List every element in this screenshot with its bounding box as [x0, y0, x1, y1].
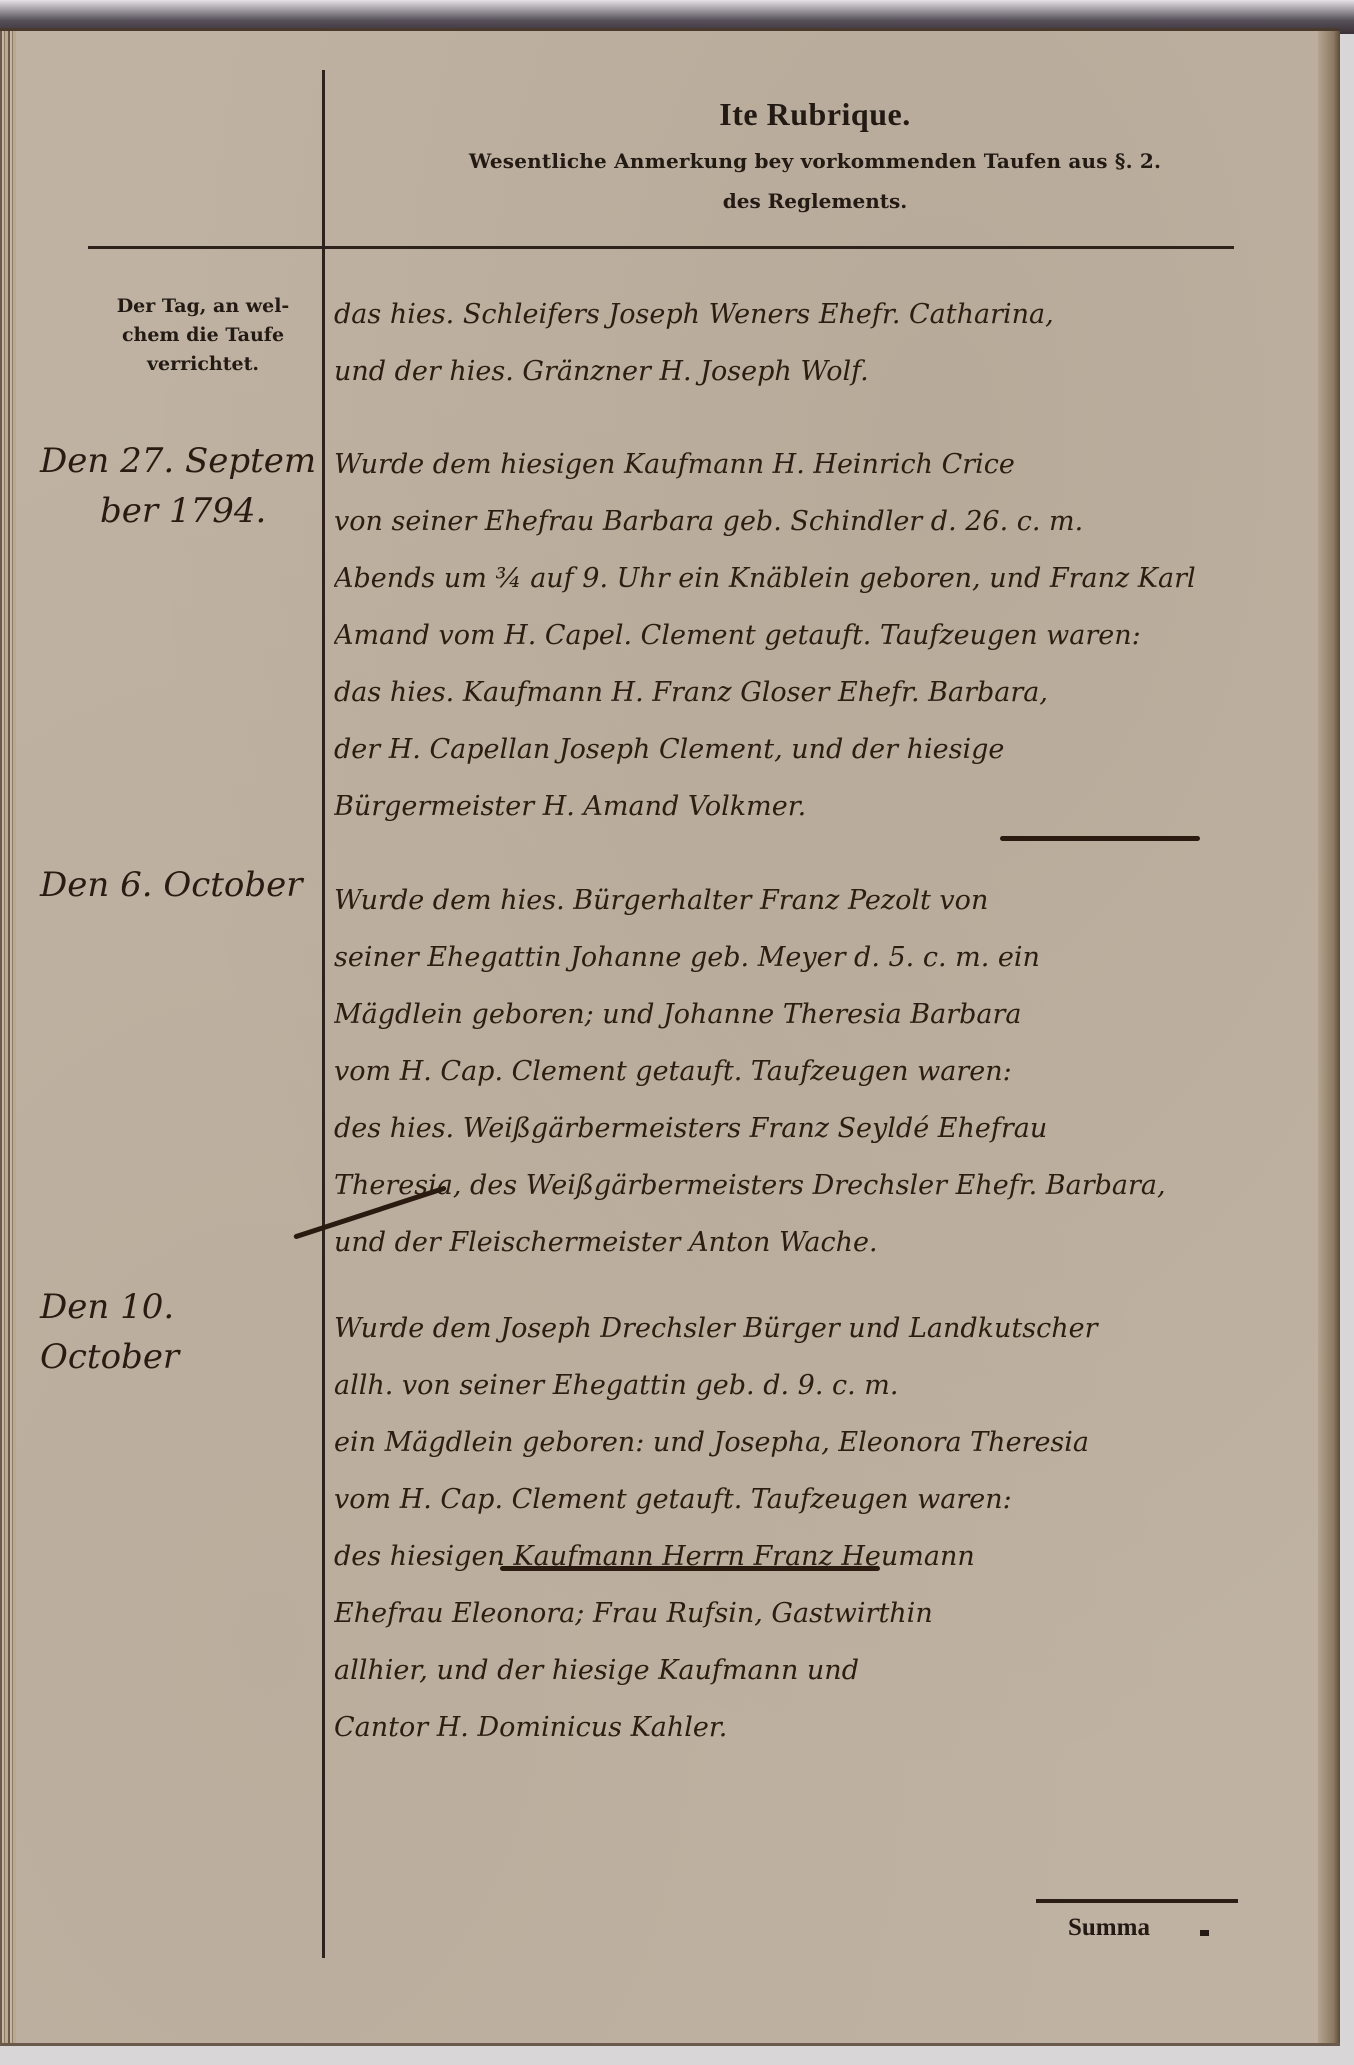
date-column-header-line: chem die Taufe — [88, 321, 318, 350]
rubric-title: Ite Rubrique. — [330, 96, 1300, 133]
entry-date: Den 10. October — [40, 1282, 320, 1382]
entry-date-line: Den 6. October — [40, 860, 320, 910]
entry-date-line: Den 10. October — [40, 1282, 320, 1382]
entry-continuation: das hies. Schleifers Joseph Weners Ehefr… — [334, 286, 1294, 400]
ink-flourish — [1000, 836, 1200, 841]
entry-line: Wurde dem hies. Bürgerhalter Franz Pezol… — [334, 872, 1294, 929]
baptism-entry: Wurde dem Joseph Drechsler Bürger und La… — [334, 1300, 1294, 1756]
entry-line: das hies. Kaufmann H. Franz Gloser Ehefr… — [334, 664, 1294, 721]
entry-line: Bürgermeister H. Amand Volkmer. — [334, 778, 1294, 835]
entry-date: Den 6. October — [40, 860, 320, 910]
column-divider — [322, 70, 325, 1958]
entry-line: Abends um ¾ auf 9. Uhr ein Knäblein gebo… — [334, 550, 1294, 607]
entry-line: ein Mägdlein geboren: und Josepha, Eleon… — [334, 1414, 1294, 1471]
entry-line: und der Fleischermeister Anton Wache. — [334, 1214, 1294, 1271]
date-column-header: Der Tag, an wel- chem die Taufe verricht… — [88, 292, 318, 379]
baptism-entry: Wurde dem hiesigen Kaufmann H. Heinrich … — [334, 436, 1294, 835]
summa-value — [1200, 1930, 1209, 1936]
summa-label: Summa — [1068, 1914, 1150, 1942]
page-gutter-right — [1318, 31, 1340, 2043]
entry-date: Den 27. Septem ber 1794. — [40, 436, 320, 536]
page-stack-edge-left — [0, 31, 16, 2043]
page-header: Ite Rubrique. Wesentliche Anmerkung bey … — [330, 66, 1300, 213]
entry-line: Cantor H. Dominicus Kahler. — [334, 1699, 1294, 1756]
entry-line: allhier, und der hiesige Kaufmann und — [334, 1642, 1294, 1699]
entry-line: Amand vom H. Capel. Clement getauft. Tau… — [334, 607, 1294, 664]
entry-line: das hies. Schleifers Joseph Weners Ehefr… — [334, 286, 1294, 343]
rubric-subtitle: Wesentliche Anmerkung bey vorkommenden T… — [330, 149, 1300, 173]
entry-line: seiner Ehegattin Johanne geb. Meyer d. 5… — [334, 929, 1294, 986]
entry-line: allh. von seiner Ehegattin geb. d. 9. c.… — [334, 1357, 1294, 1414]
entry-line: Wurde dem Joseph Drechsler Bürger und La… — [334, 1300, 1294, 1357]
entry-line: vom H. Cap. Clement getauft. Taufzeugen … — [334, 1043, 1294, 1100]
ink-flourish — [500, 1566, 880, 1571]
date-column-header-line: verrichtet. — [88, 350, 318, 379]
baptism-entry: Wurde dem hies. Bürgerhalter Franz Pezol… — [334, 872, 1294, 1271]
entry-line: Theresia, des Weißgärbermeisters Drechsl… — [334, 1157, 1294, 1214]
entry-line: Ehefrau Eleonora; Frau Rufsin, Gastwirth… — [334, 1585, 1294, 1642]
entry-line: von seiner Ehefrau Barbara geb. Schindle… — [334, 493, 1294, 550]
entry-line: der H. Capellan Joseph Clement, und der … — [334, 721, 1294, 778]
entry-line: Wurde dem hiesigen Kaufmann H. Heinrich … — [334, 436, 1294, 493]
entry-line: vom H. Cap. Clement getauft. Taufzeugen … — [334, 1471, 1294, 1528]
entry-line: des hiesigen Kaufmann Herrn Franz Heuman… — [334, 1528, 1294, 1585]
rubric-subtitle-2: des Reglements. — [330, 189, 1300, 213]
entry-line: des hies. Weißgärbermeisters Franz Seyld… — [334, 1100, 1294, 1157]
entry-date-line: Den 27. Septem — [40, 436, 320, 486]
entry-line: Mägdlein geboren; und Johanne Theresia B… — [334, 986, 1294, 1043]
entry-line: und der hies. Gränzner H. Joseph Wolf. — [334, 343, 1294, 400]
entry-date-line: ber 1794. — [40, 486, 320, 536]
summa-rule — [1036, 1899, 1238, 1903]
date-column-header-line: Der Tag, an wel- — [88, 292, 318, 321]
header-rule — [88, 246, 1234, 249]
